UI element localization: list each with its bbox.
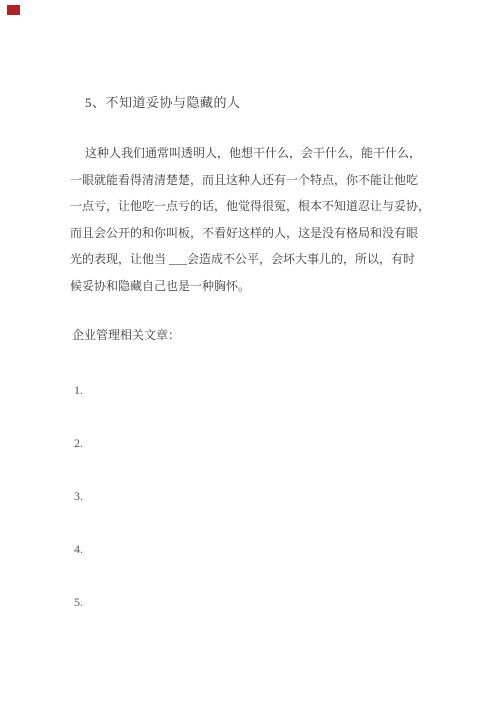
paragraph-line: 光的表现，让他当 ___会造成不公平，会坏大事儿的，所以，有时 <box>70 246 436 273</box>
list-item-number: 2. <box>74 436 83 450</box>
paragraph-line: 一点亏，让他吃一点亏的话，他觉得很冤，根本不知道忍让与妥协， <box>70 193 436 220</box>
list-item-number: 3. <box>74 489 83 503</box>
paragraph-line: 候妥协和隐藏自己也是一种胸怀。 <box>70 273 436 300</box>
red-corner-marker <box>7 5 20 15</box>
body-paragraph: 这种人我们通常叫透明人，他想干什么，会干什么，能干什么， 一眼就能看得清清楚楚，… <box>70 140 436 299</box>
section-heading: 5、不知道妥协与隐藏的人 <box>85 92 241 111</box>
document-page: 5、不知道妥协与隐藏的人 这种人我们通常叫透明人，他想干什么，会干什么，能干什么… <box>0 0 500 708</box>
related-articles-label: 企业管理相关文章： <box>72 328 180 342</box>
paragraph-line: 一眼就能看得清清楚楚，而且这种人还有一个特点，你不能让他吃 <box>70 167 436 194</box>
list-item-number: 5. <box>74 595 83 609</box>
list-item-number: 4. <box>74 542 83 556</box>
list-item-number: 1. <box>74 383 83 397</box>
paragraph-line: 这种人我们通常叫透明人，他想干什么，会干什么，能干什么， <box>70 140 436 167</box>
paragraph-line: 而且会公开的和你叫板，不看好这样的人，这是没有格局和没有眼 <box>70 220 436 247</box>
